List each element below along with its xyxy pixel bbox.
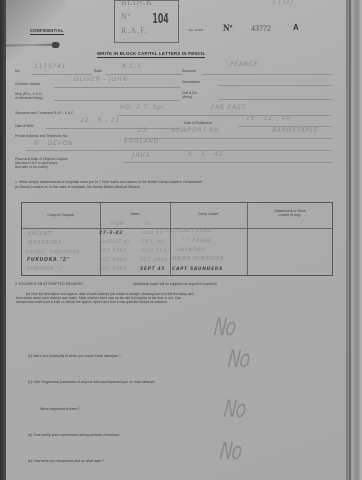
address-value-4: N - DEVON xyxy=(34,140,73,147)
block-stamp: BLOCK Nº 104 R.A.F. xyxy=(114,0,179,43)
row1-to: OCT. 42 xyxy=(142,240,164,245)
decorations-label: Decorations xyxy=(182,80,200,84)
address-value-5: ENGLAND xyxy=(124,138,159,145)
section1-question-line2: (or Block) Leaders or, in the case of ho… xyxy=(15,185,141,189)
row3-from: DEC 1942 xyxy=(99,258,127,263)
form-code: M.I. 9/JAP xyxy=(189,28,203,32)
squadron-value: HQ. 2 T. Spl. xyxy=(120,104,167,111)
christian-names-value: OLIVER - JOHN xyxy=(74,76,128,83)
th-from: FROM xyxy=(110,221,124,226)
question-b: (b) Were you physically fit when you mad… xyxy=(28,354,121,358)
row2-camp: CHANGI, SINGAPORE xyxy=(26,249,80,254)
th-detachment-2: Leader (if any). xyxy=(247,213,333,217)
row0-leader: SQ/LDR FROW xyxy=(167,228,211,234)
row4-camp: FUKUOKA "1" xyxy=(27,267,66,272)
row3-camp: FUKUOKA "2" xyxy=(27,258,70,263)
question-c: (c) Give Regimental particulars of anyon… xyxy=(28,380,155,384)
th-camp: Camp or Hospital. xyxy=(22,213,100,217)
stamp-line-2: Nº xyxy=(121,12,131,21)
row1-camp: MAKASURA xyxy=(28,240,62,246)
squadron-value-2: FAR EAST. xyxy=(211,104,248,111)
no-value: 1175741 xyxy=(34,63,66,70)
page-edge xyxy=(349,0,351,480)
question-e: (e) How were you recaptured and on what … xyxy=(28,459,104,463)
row1-from: AUGUST 42 xyxy=(99,240,131,245)
ship-label-2: or Merchant Navy) xyxy=(15,96,43,100)
dob-value: 22 - 6 - 22 xyxy=(80,117,120,124)
form-number-value: 43772 xyxy=(251,24,271,33)
document-page: BLOCK Nº 104 R.A.F. 1(b) CONFIDENTIAL M.… xyxy=(6,0,348,480)
row4-to: SEPT 45 xyxy=(140,267,165,272)
capture-date: 8 - 3 - 42 xyxy=(188,151,223,158)
th-camp-leader: Camp Leader. xyxy=(170,212,247,216)
capture-label-3: and date of a/c crash) xyxy=(15,165,48,169)
address-value-1: 23 xyxy=(138,127,147,134)
row0-to: AUG 42 xyxy=(142,231,163,236)
row2-to: NOV 1942 xyxy=(142,249,170,254)
answer-d: No xyxy=(219,438,243,466)
address-label: Private Address and Telephone No. xyxy=(15,134,68,138)
row4-leader: CAPT SAUNDERS xyxy=(172,267,223,272)
form-number-label: Nº xyxy=(223,23,232,33)
question-c-followup: What happened to them ? xyxy=(40,407,80,411)
question-a-line3: escape was made from a train or vehicle … xyxy=(16,300,168,304)
section1-question-line1: 1. What camps, detachments or hospitals … xyxy=(15,180,202,184)
row3-leader: MAJOR HORRIGAN xyxy=(172,257,224,262)
enlistment-label: Date of Enlistment xyxy=(184,121,212,125)
paper-clip-tip xyxy=(52,42,59,48)
row1-leader: " " FROW xyxy=(182,238,211,244)
row4-from: DEC 1944 xyxy=(99,267,127,272)
capture-place: JAVA. xyxy=(132,151,154,159)
section2-heading: 2. ESCAPES OR ATTEMPTED ESCAPES. xyxy=(15,282,84,286)
row0-from: 27-3-42 xyxy=(99,231,123,236)
no-label: No. xyxy=(15,69,20,73)
row2-from: OCT 1942 xyxy=(99,249,127,254)
christian-names-label: Christian Names xyxy=(15,82,40,86)
answer-b: No xyxy=(227,346,251,374)
enlistment-value: 16 - 12 - 40 xyxy=(246,115,290,122)
th-dates: Dates. xyxy=(100,212,170,216)
top-annotation: 1(b) xyxy=(271,0,295,7)
surname-value: PEARCE xyxy=(230,61,258,68)
instruction-heading: WRITE IN BLOCK CAPITAL LETTERS IN PENCIL xyxy=(97,51,205,58)
question-d: (d) Give briefly your experiences during… xyxy=(28,433,120,437)
answer-c: No xyxy=(223,396,247,424)
camps-table: Camp or Hospital. Dates. FROM TO Camp Le… xyxy=(21,202,333,276)
form-number-suffix: A xyxy=(293,23,299,32)
stamp-number: 104 xyxy=(152,12,168,27)
row0-camp: KALIJATI xyxy=(28,231,54,237)
address-value-3: BARNSTAPLE xyxy=(272,127,319,134)
classification-label: CONFIDENTIAL xyxy=(30,28,64,35)
squadron-label: Squadron and Command R.A.F., A.A.F. xyxy=(15,111,74,115)
surname-label: Surname xyxy=(182,69,196,73)
unit-label-2: (Army) xyxy=(182,95,192,99)
stamp-line-1: BLOCK xyxy=(121,0,153,7)
stamp-line-3: R.A.F. xyxy=(121,26,148,35)
answer-a: No xyxy=(213,314,237,342)
row3-to: DEC 1944 xyxy=(140,258,168,263)
section2-heading-note: (Additional paper will be supplied on re… xyxy=(133,282,217,286)
dob-label: Date of Birth xyxy=(15,124,34,128)
rank-value: A.C.1 xyxy=(122,63,142,70)
th-to: TO xyxy=(144,221,151,226)
rank-label: Rank xyxy=(94,69,102,73)
row2-leader: UNKNOWN xyxy=(177,248,206,253)
address-value-2: NEWPORT Rd xyxy=(171,127,219,134)
